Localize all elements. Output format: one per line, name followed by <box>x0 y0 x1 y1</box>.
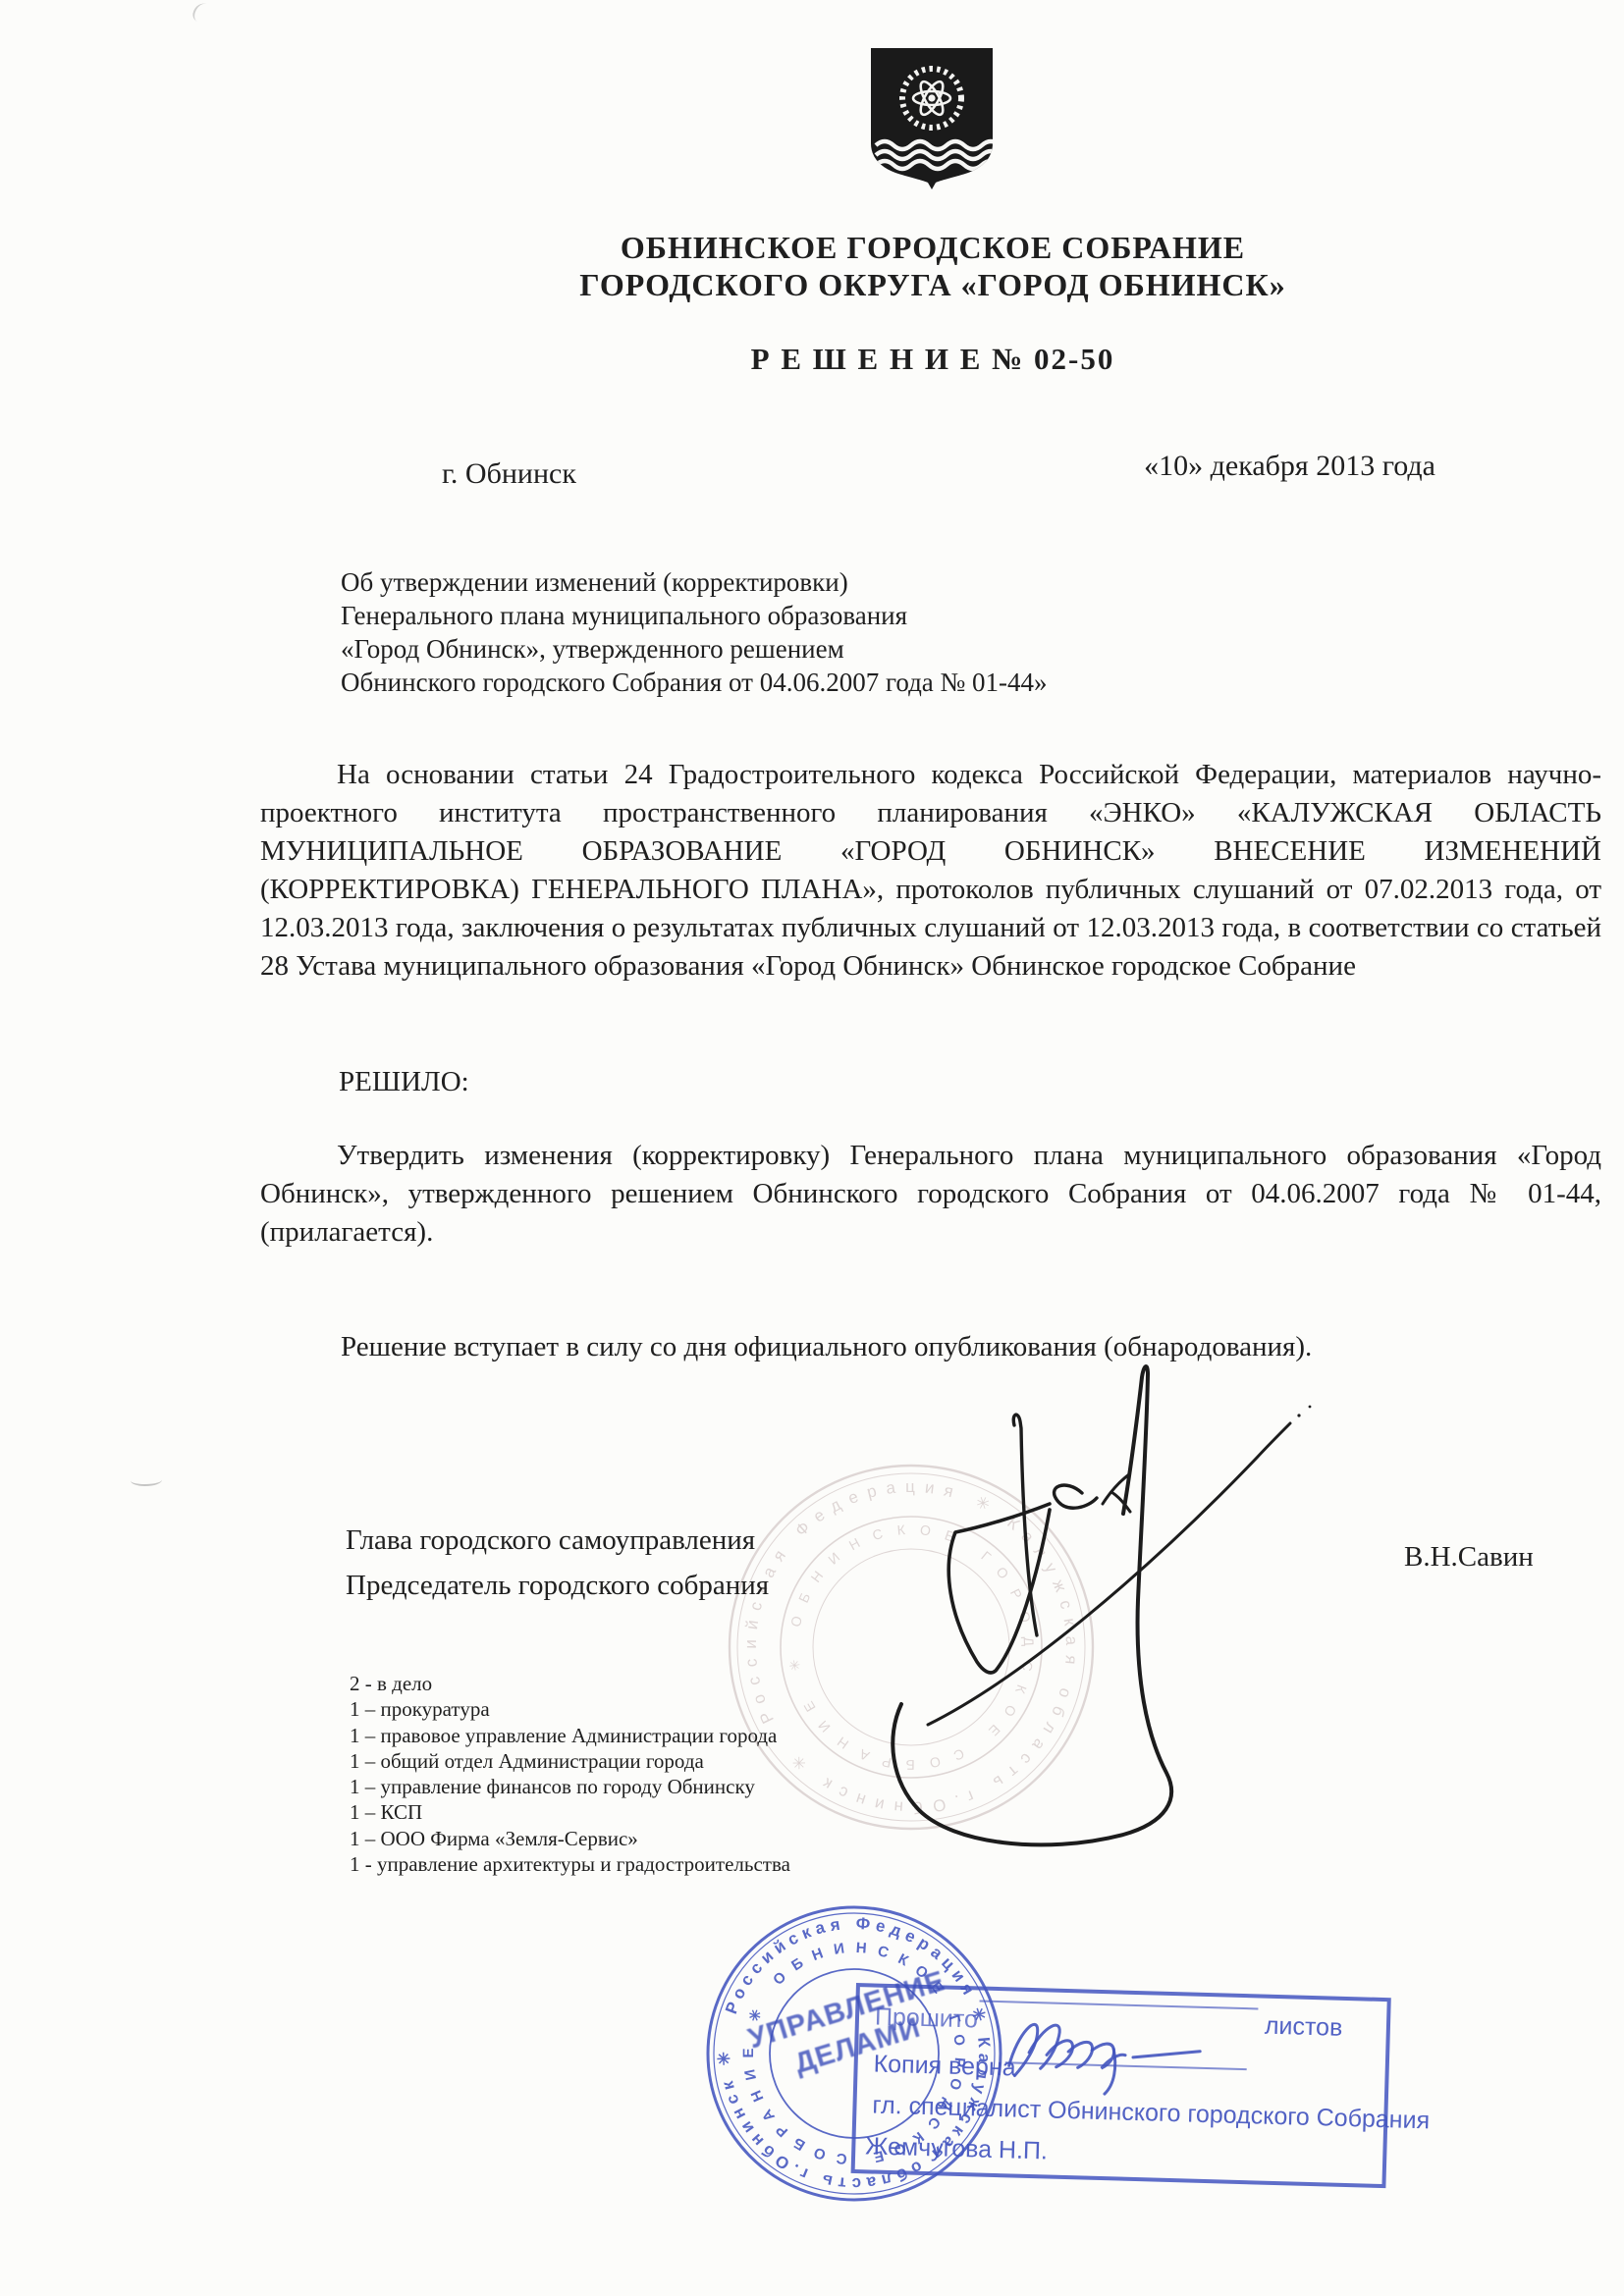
scan-artifact-mark <box>190 1 213 26</box>
subject-line: Обнинского городского Собрания от 04.06.… <box>341 666 1048 699</box>
decision-title: Р Е Ш Е Н И Е № 02-50 <box>412 342 1453 377</box>
authority-line-1: ОБНИНСКОЕ ГОРОДСКОЕ СОБРАНИЕ <box>412 229 1453 266</box>
scan-artifact-dash <box>131 1474 162 1486</box>
scanned-decision-document: ОБНИНСКОЕ ГОРОДСКОЕ СОБРАНИЕ ГОРОДСКОГО … <box>0 0 1624 2296</box>
authority-line-2: ГОРОДСКОГО ОКРУГА «ГОРОД ОБНИНСК» <box>412 266 1453 303</box>
signer-position-line: Глава городского самоуправления <box>346 1518 769 1563</box>
distribution-item: 1 – управление финансов по городу Обнинс… <box>350 1774 790 1799</box>
distribution-item: 1 – общий отдел Администрации города <box>350 1748 790 1774</box>
subject-line: «Город Обнинск», утвержденного решением <box>341 632 1048 666</box>
document-date: «10» декабря 2013 года <box>982 450 1435 483</box>
distribution-item: 1 – правовое управление Администрации го… <box>350 1723 790 1748</box>
subject-line: Генерального плана муниципального образо… <box>341 599 1048 632</box>
signer-name: В.Н.Савин <box>1404 1541 1534 1574</box>
subject-line: Об утверждении изменений (корректировки) <box>341 565 1048 599</box>
distribution-item: 1 – КСП <box>350 1799 790 1825</box>
certifier-handwritten-signature <box>995 1997 1263 2102</box>
city-coat-of-arms-icon <box>868 45 996 190</box>
sheets-label: листов <box>1265 2012 1343 2043</box>
distribution-item: 1 – ООО Фирма «Земля-Сервис» <box>350 1826 790 1851</box>
preamble-paragraph: На основании статьи 24 Градостроительног… <box>260 756 1601 986</box>
signer-position: Глава городского самоуправления Председа… <box>346 1518 769 1608</box>
distribution-item: 1 – прокуратура <box>350 1696 790 1722</box>
certifier-name: Жемчугова Н.П. <box>865 2132 1048 2165</box>
handwritten-signature <box>727 1266 1355 1914</box>
distribution-item: 2 - в дело <box>350 1671 790 1696</box>
resolved-label: РЕШИЛО: <box>339 1066 469 1098</box>
issuing-authority: ОБНИНСКОЕ ГОРОДСКОЕ СОБРАНИЕ ГОРОДСКОГО … <box>412 229 1453 303</box>
signer-position-line: Председатель городского собрания <box>346 1563 769 1608</box>
distribution-item: 1 - управление архитектуры и градостроит… <box>350 1851 790 1877</box>
document-place: г. Обнинск <box>442 457 576 491</box>
resolution-paragraph: Утвердить изменения (корректировку) Гене… <box>260 1137 1601 1252</box>
distribution-list: 2 - в дело 1 – прокуратура 1 – правовое … <box>350 1671 790 1877</box>
document-subject: Об утверждении изменений (корректировки)… <box>341 565 1048 699</box>
